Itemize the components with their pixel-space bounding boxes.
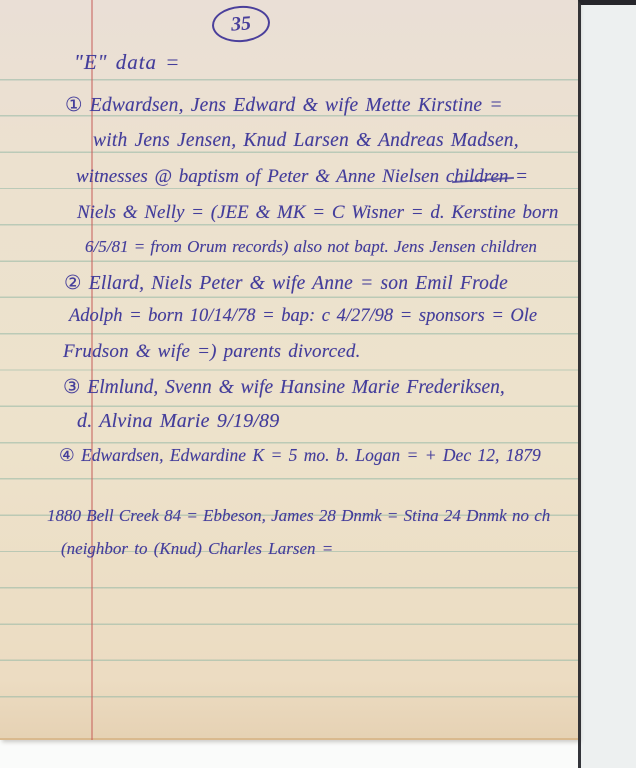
handwriting-line: with Jens Jensen, Knud Larsen & Andreas … (93, 130, 519, 152)
scanner-background (578, 0, 636, 768)
handwriting-line: ④ Edwardsen, Edwardine K = 5 mo. b. Loga… (59, 445, 541, 466)
handwriting-line: ③ Elmlund, Svenn & wife Hansine Marie Fr… (63, 375, 505, 399)
census-note-line: 1880 Bell Creek 84 = Ebbeson, James 28 D… (47, 506, 550, 526)
handwriting-line: witnesses @ baptism of Peter & Anne Niel… (76, 166, 528, 188)
scanned-notebook-page: 35 "E" data = ① Edwardsen, Jens Edward &… (0, 0, 636, 768)
heading: "E" data = (74, 50, 180, 75)
handwriting-line: 6/5/81 = from Orum records) also not bap… (85, 237, 537, 257)
handwriting-line: Adolph = born 10/14/78 = bap: c 4/27/98 … (69, 306, 537, 327)
handwriting-line: d. Alvina Marie 9/19/89 (77, 410, 279, 433)
page-number-circle: 35 (211, 4, 271, 44)
handwriting-line: Niels & Nelly = (JEE & MK = C Wisner = d… (77, 202, 558, 224)
handwriting-line: ② Ellard, Niels Peter & wife Anne = son … (64, 271, 508, 295)
scanner-background-bottom (0, 740, 578, 768)
handwriting-line: ① Edwardsen, Jens Edward & wife Mette Ki… (65, 93, 503, 117)
page-number: 35 (230, 12, 252, 36)
census-note-line: (neighbor to (Knud) Charles Larsen = (61, 539, 333, 559)
handwriting-line: Frudson & wife =) parents divorced. (63, 341, 361, 363)
notebook-paper: 35 "E" data = ① Edwardsen, Jens Edward &… (0, 0, 578, 740)
